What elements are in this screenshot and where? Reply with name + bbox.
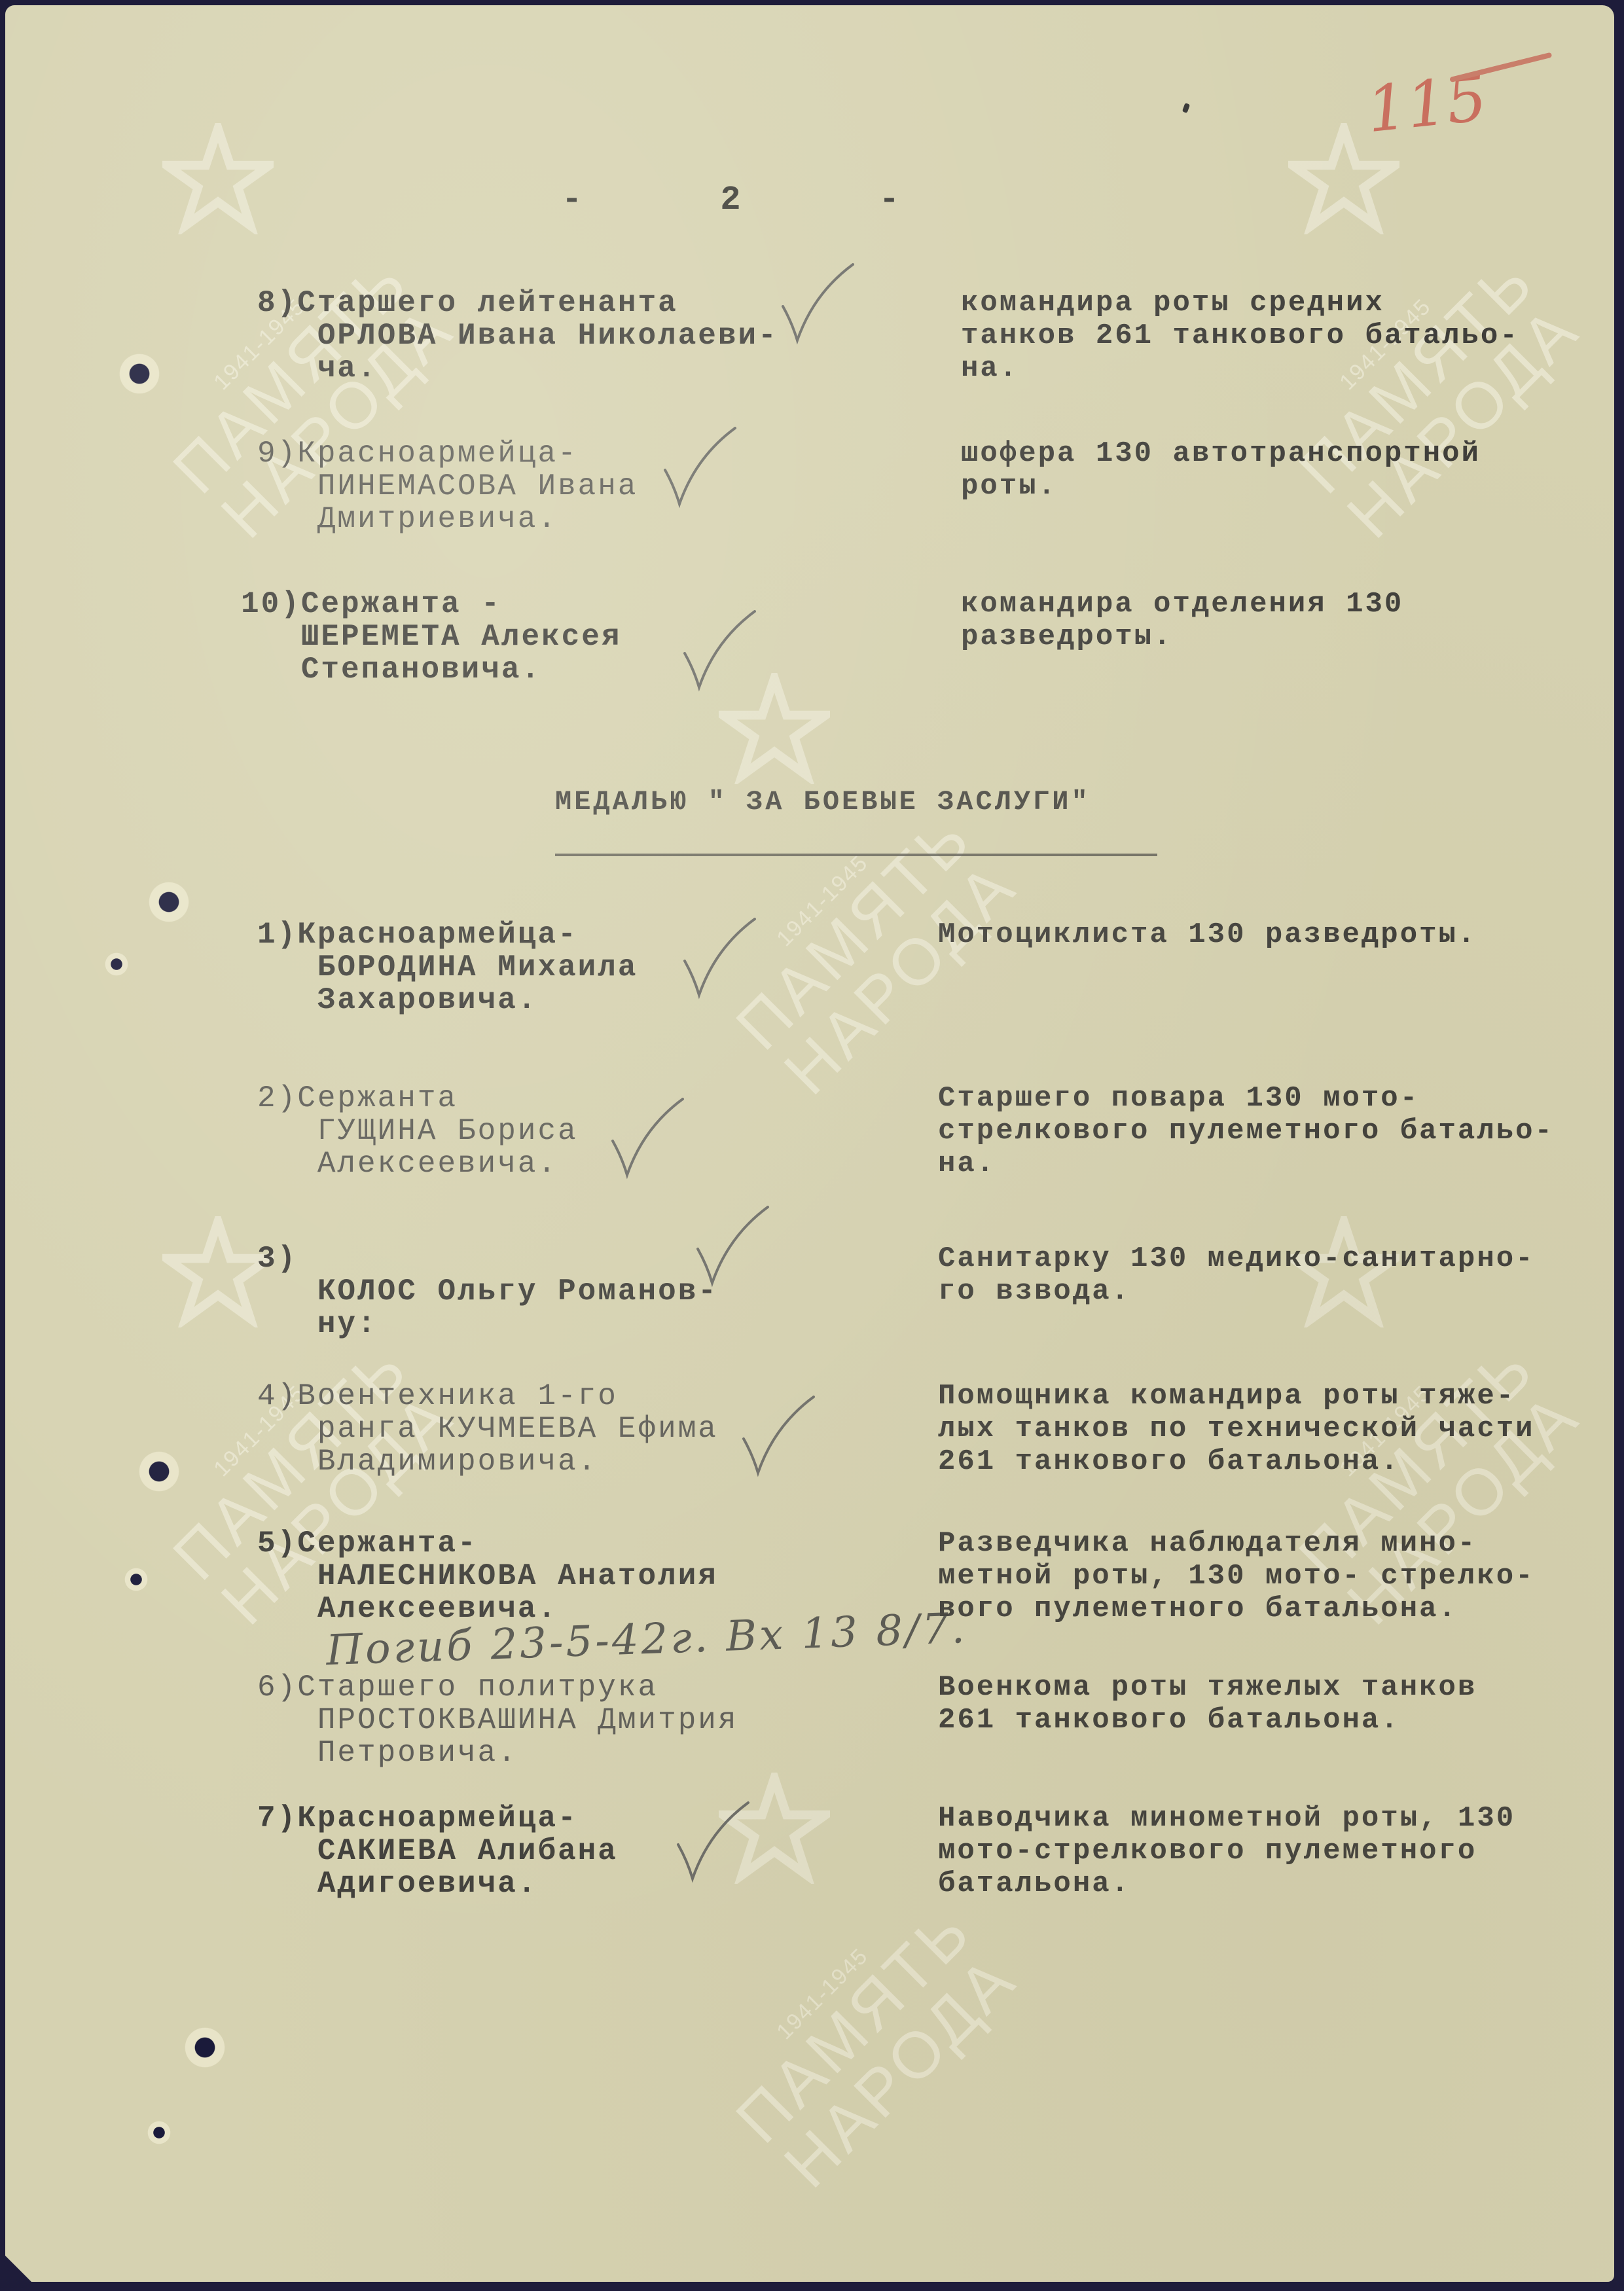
awardee-position: Военкома роты тяжелых танков 261 танково…	[938, 1671, 1477, 1737]
section-heading: МЕДАЛЬЮ " ЗА БОЕВЫЕ ЗАСЛУГИ"	[555, 786, 1091, 818]
archival-document-page: 1941-1945ПАМЯТЬ НАРОДА 1941-1945ПАМЯТЬ Н…	[5, 5, 1614, 2282]
checkmark-icon	[693, 1203, 771, 1288]
archive-sheet-number: 115	[1363, 62, 1490, 147]
binding-hole	[103, 951, 130, 977]
star-watermark-icon	[162, 123, 274, 234]
checkmark-icon	[660, 424, 738, 509]
checkmark-icon	[607, 1095, 686, 1180]
awardee-name: 8)Старшего лейтенанта ОРЛОВА Ивана Никол…	[257, 287, 778, 385]
awardee-position: Наводчика минометной роты, 130 мото-стре…	[938, 1802, 1515, 1900]
awardee-name: 3) КОЛОС Ольгу Романов- ну:	[257, 1242, 718, 1341]
awardee-name: 10)Сержанта - ШЕРЕМЕТА Алексея Степанови…	[241, 588, 622, 686]
awardee-position: Разведчика наблюдателя мино- метной роты…	[938, 1527, 1535, 1625]
checkmark-icon	[679, 915, 758, 1000]
awardee-position: Мотоциклиста 130 разведроты.	[938, 918, 1477, 951]
checkmark-icon	[778, 261, 856, 346]
awardee-name: 5)Сержанта- НАЛЕСНИКОВА Анатолия Алексее…	[257, 1527, 718, 1625]
awardee-position: Старшего повара 130 мото- стрелкового пу…	[938, 1082, 1554, 1180]
awardee-name: 9)Красноармейца- ПИНЕМАСОВА Ивана Дмитри…	[257, 437, 638, 535]
awardee-name: 7)Красноармейца- САКИЕВА Алибана Адигоев…	[257, 1802, 618, 1900]
awardee-name: 1)Красноармейца- БОРОДИНА Михаила Захаро…	[257, 918, 638, 1017]
checkmark-icon	[738, 1393, 817, 1478]
binding-hole	[136, 1449, 182, 1494]
awardee-position: командира роты средних танков 261 танков…	[961, 287, 1519, 385]
binding-hole	[146, 2120, 172, 2146]
binding-hole	[146, 879, 192, 925]
binding-hole	[182, 2025, 228, 2070]
heading-underline	[555, 854, 1157, 856]
awardee-position: шофера 130 автотранспортной роты.	[961, 437, 1481, 503]
binding-hole	[117, 351, 162, 397]
awardee-position: Помощника командира роты тяже- лых танко…	[938, 1380, 1535, 1478]
binding-hole	[123, 1566, 149, 1593]
page-number: - 2 -	[562, 181, 958, 219]
awardee-name: 6)Старшего политрука ПРОСТОКВАШИНА Дмитр…	[257, 1671, 738, 1769]
ink-speck	[1182, 103, 1190, 113]
checkmark-icon	[673, 1799, 751, 1884]
checkmark-icon	[679, 607, 758, 693]
awardee-position: Санитарку 130 медико-санитарно- го взвод…	[938, 1242, 1535, 1308]
awardee-position: командира отделения 130 разведроты.	[961, 588, 1403, 653]
awardee-name: 4)Воентехника 1-го ранга КУЧМЕЕВА Ефима …	[257, 1380, 718, 1478]
awardee-name: 2)Сержанта ГУЩИНА Бориса Алексеевича.	[257, 1082, 578, 1180]
